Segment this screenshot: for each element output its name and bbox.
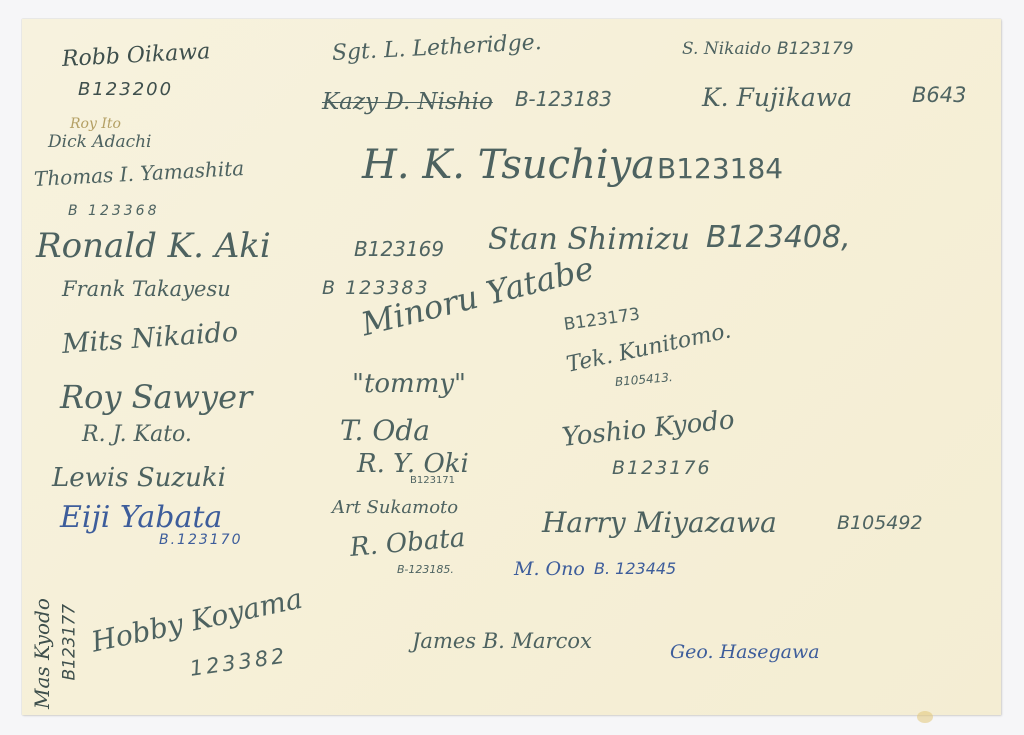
serial-yoshio-kyodo: B123176 [612,459,712,478]
serial-minoru-yatabe: B123173 [563,306,641,333]
signature-letheridge: Sgt. L. Letheridge. [331,32,542,65]
signature-robb-oikawa: Robb Oikawa [61,41,210,71]
serial-mas-kyodo: B123177 [62,604,79,681]
signature-stan-shimizu: Stan Shimizu [488,225,690,255]
signature-james-marcox: James B. Marcox [412,631,592,652]
signature-art-sukamoto: Art Sukamoto [332,499,458,517]
serial-harry-miyazawa: B105492 [837,514,923,533]
signature-roy-ito: Roy Ito [70,117,121,131]
paper-stain [917,711,933,723]
serial-fujikawa: B643 [912,85,967,106]
signature-nikaido: S. Nikaido [682,41,771,58]
signature-m-ono: M. Ono [514,560,585,579]
serial-r-obata: B-123185. [397,564,454,575]
serial-eiji-yabata: B.123170 [159,533,243,547]
signature-mits-nikaido: Mits Nikaido [61,319,239,358]
serial-m-ono: B. 123445 [594,561,676,577]
signature-tommy: "tommy" [352,371,466,397]
serial-kunitomo: B105413. [614,371,673,388]
signature-lewis-suzuki: Lewis Suzuki [52,465,226,491]
serial-ronald-aki: B123169 [354,239,444,259]
signature-yoshio-kyodo: Yoshio Kyodo [561,407,736,451]
signature-rj-kato: R. J. Kato. [82,424,192,446]
serial-nikaido: B123179 [777,41,854,58]
signature-mas-kyodo: Mas Kyodo [32,598,52,709]
signature-eiji-yabata: Eiji Yabata [60,503,222,533]
serial-robb-oikawa: B123200 [78,81,173,99]
signature-ry-oki: R. Y. Oki [357,451,469,477]
serial-thomas-yamashita: B 123368 [68,204,160,218]
signature-tsuchiya: H. K. Tsuchiya [362,145,655,185]
signature-r-obata: R. Obata [349,525,466,561]
signature-frank-takayesu: Frank Takayesu [62,279,231,300]
signature-thomas-yamashita: Thomas I. Yamashita [33,158,244,189]
signature-kazy-nishio: Kazy D. Nishio [322,91,493,114]
autograph-card: Robb Oikawa B123200 Roy Ito Dick Adachi … [22,19,1001,715]
serial-stan-shimizu: B123408, [706,223,851,253]
signature-dick-adachi: Dick Adachi [48,134,152,151]
signature-harry-miyazawa: Harry Miyazawa [542,509,777,537]
signature-roy-sawyer: Roy Sawyer [60,381,252,413]
signature-t-oda: T. Oda [340,417,430,445]
signature-fujikawa: K. Fujikawa [702,85,852,110]
serial-hobby-koyama: 123382 [189,645,289,679]
serial-tsuchiya: B123184 [657,155,783,183]
signature-geo-hasegawa: Geo. Hasegawa [670,643,820,662]
serial-ry-oki: B123171 [410,476,455,486]
signature-ronald-aki: Ronald K. Aki [36,229,271,263]
serial-kazy-nishio: B-123183 [515,89,612,109]
